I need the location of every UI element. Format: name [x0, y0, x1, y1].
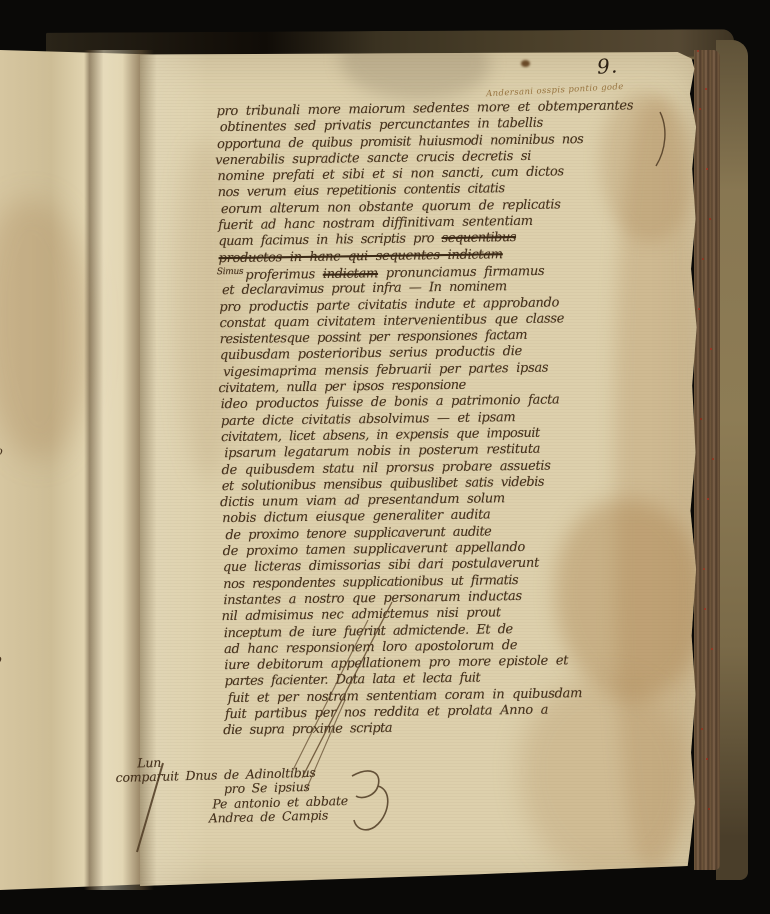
photo-background: 9. Andersani osspis pontio gode pro trib…: [0, 0, 770, 914]
margin-pen-mark-upper: ɔ: [0, 444, 3, 458]
page-stack-fore-edge: [694, 50, 720, 870]
registration-note: Luncomparuit Dnus de Adinoltibuspro Se i…: [111, 750, 348, 827]
facing-page-stain: [0, 200, 90, 460]
margin-pen-mark-lower: ɔ: [0, 652, 2, 666]
red-edge-speckles: [697, 50, 699, 52]
cover-fore-edge: [716, 40, 748, 880]
ink-blot: [521, 60, 530, 67]
folio-number: 9.: [596, 53, 619, 78]
text-block: pro tribunali more maiorum sedentes more…: [216, 98, 677, 756]
note-line: Andrea de Campis: [209, 807, 349, 825]
